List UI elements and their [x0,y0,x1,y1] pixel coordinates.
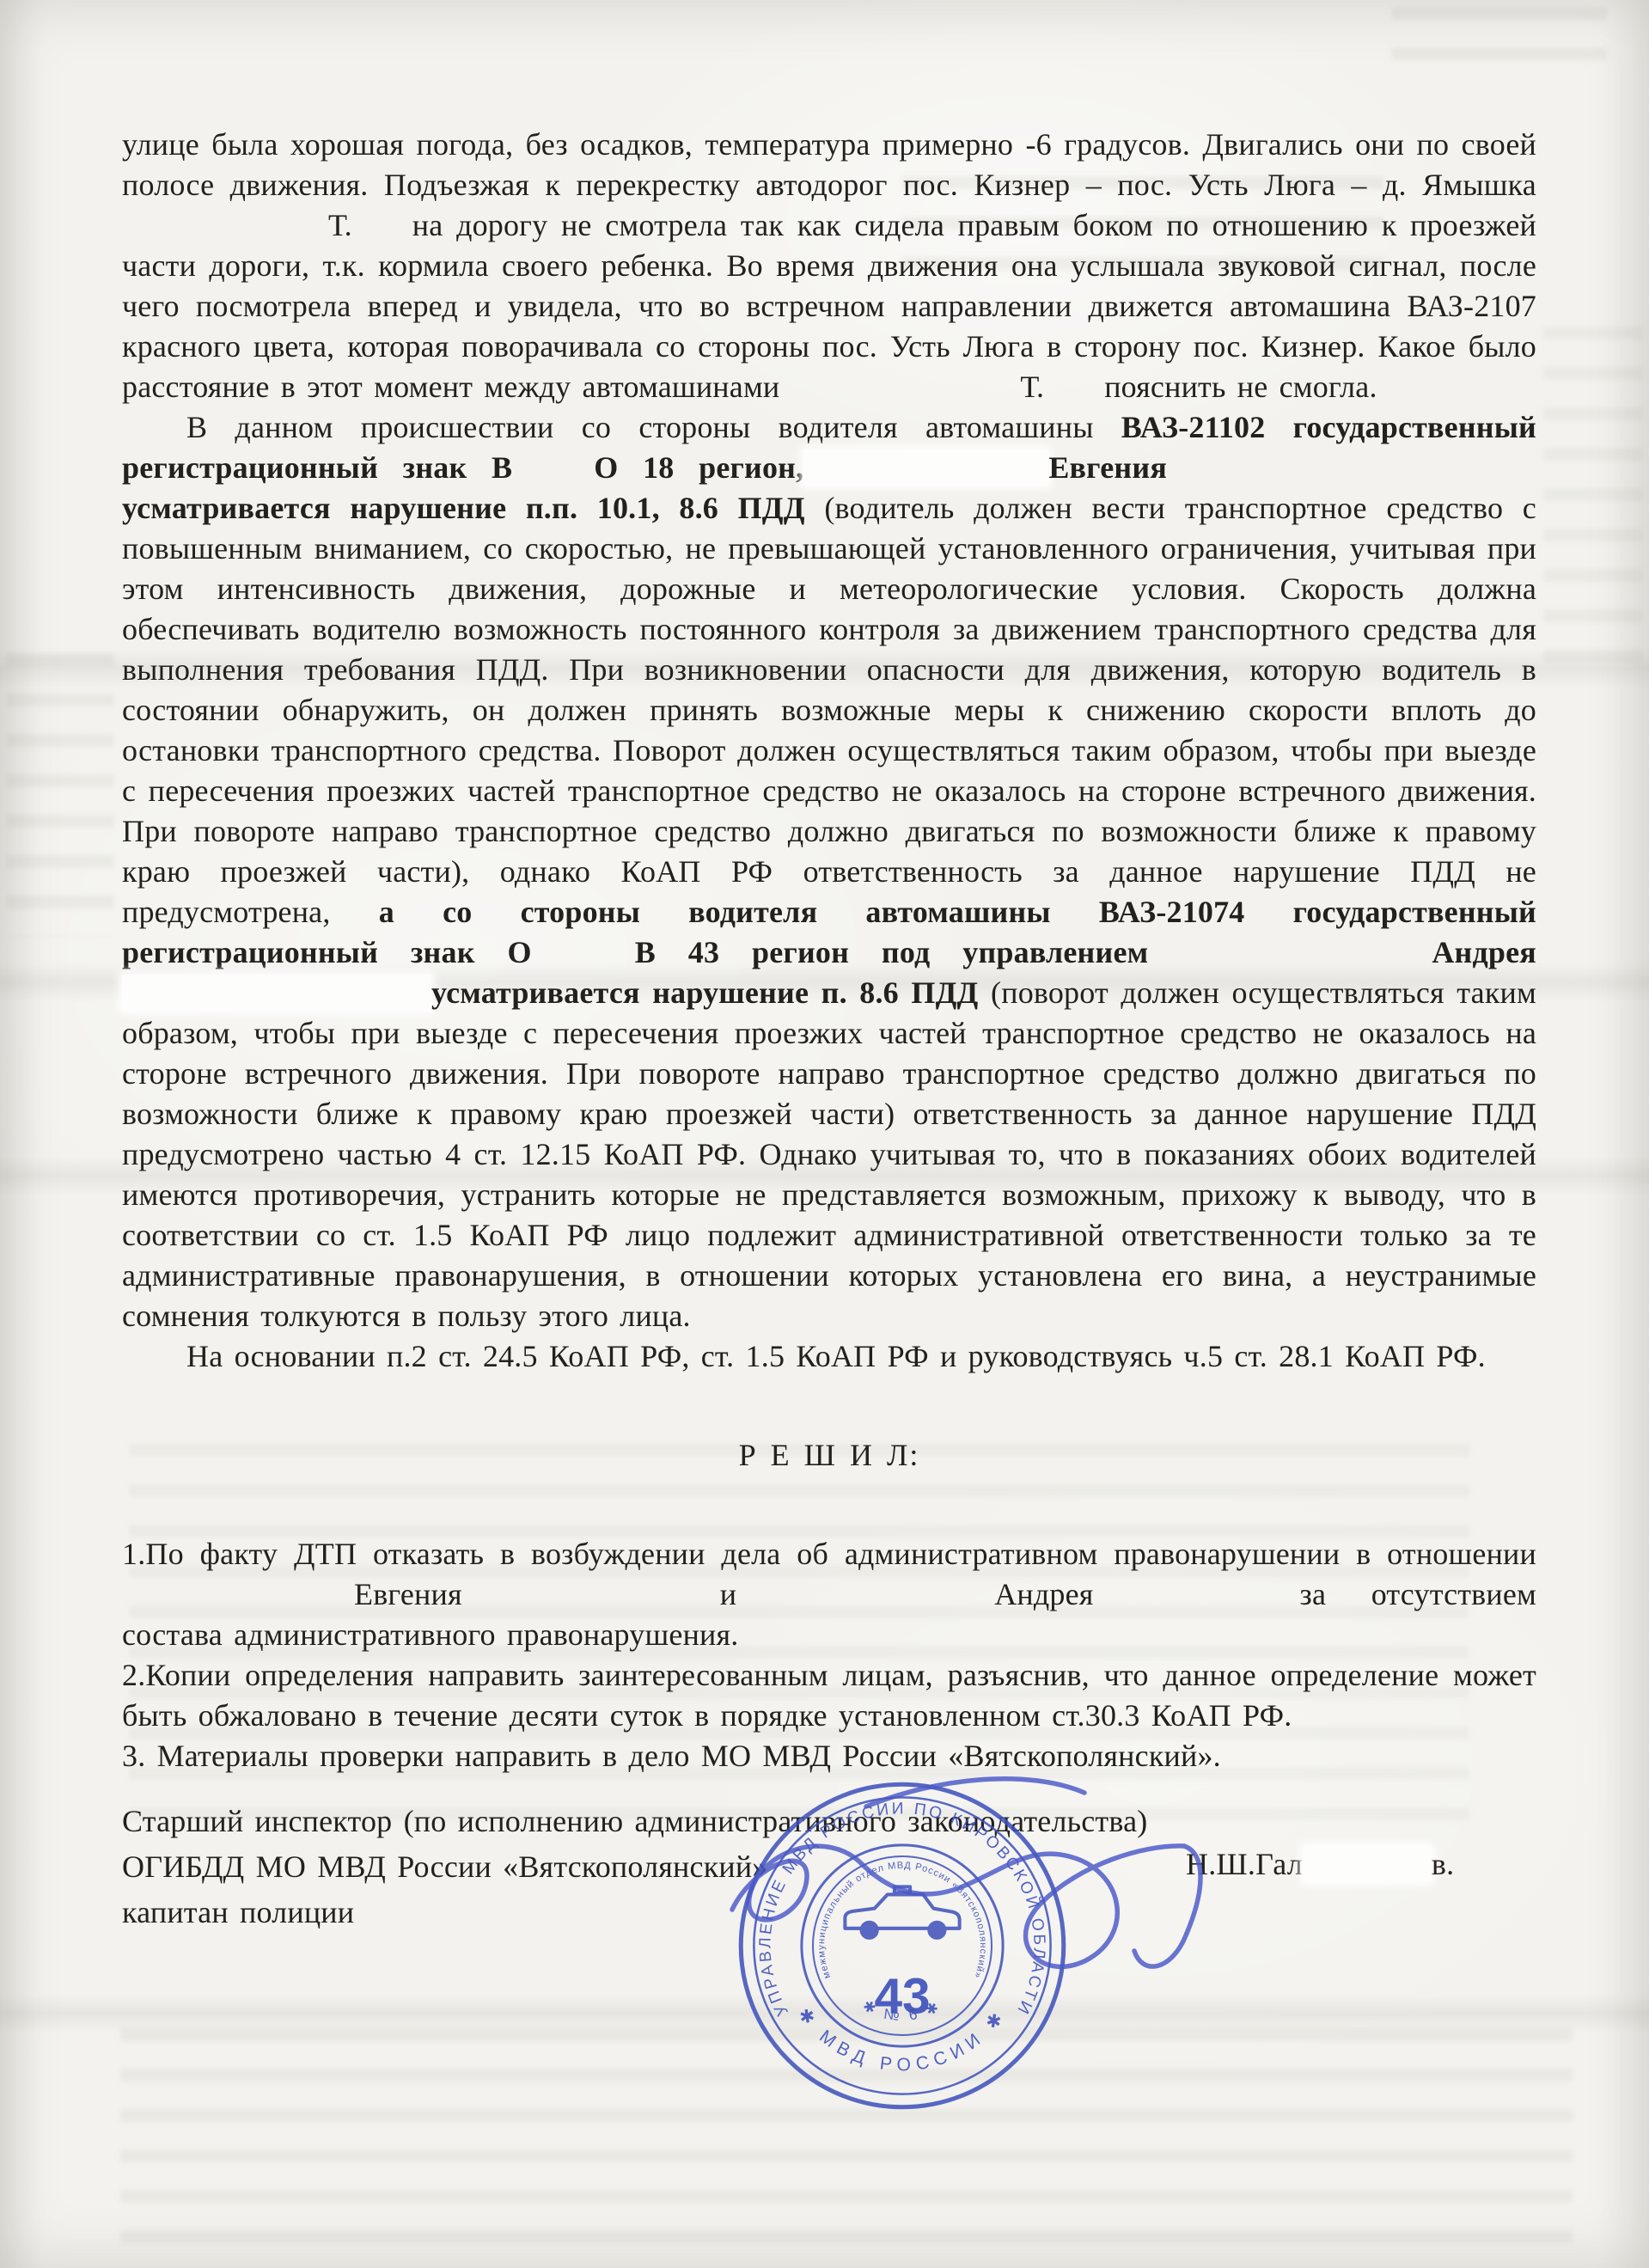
bleedthrough-ghost-text [1543,327,1642,688]
blank-space [1148,961,1432,963]
blank-space [122,234,328,235]
blank-space [352,234,412,235]
document-text-block: улице была хорошая погода, без осадков, … [122,125,1536,1935]
bold-text-segment: Евгения [1048,450,1167,485]
bold-text-segment: Андрея [1432,935,1536,969]
signer-name-tail: в. [1432,1847,1454,1881]
blank-space [122,1603,354,1605]
text-segment: за отсутствием состава административного… [122,1577,1536,1652]
text-segment: Т. [1020,370,1044,404]
resolution-heading: Р Е Ш И Л: [122,1435,1536,1476]
narrative-paragraph: улице была хорошая погода, без осадков, … [122,125,1536,407]
text-segment: Евгения [354,1577,462,1611]
signer-name: Н.Ш.Галв. [1186,1842,1454,1887]
text-segment: 2.Копии определения направить заинтересо… [122,1658,1536,1733]
police-car-icon [845,1886,959,1940]
blank-space [736,1603,994,1605]
stamp-center-number: 43 [874,1969,930,2025]
text-segment: улице была хорошая погода, без осадков, … [122,127,1536,202]
blank-space [1044,395,1104,397]
text-segment: (поворот должен осуществляться таким обр… [122,975,1536,1333]
document-paragraphs: улице была хорошая погода, без осадков, … [122,125,1536,1776]
bold-text-segment: О 18 регион, [594,450,803,485]
bold-text-segment: усматривается нарушение п.п. 10.1, 8.6 П… [122,491,805,525]
stamp-outer-inner-ring [754,1797,1050,2094]
redaction-box [122,975,431,1011]
blank-space [462,1603,720,1605]
blank-space [532,961,635,963]
text-segment: 1.По факту ДТП отказать в возбуждении де… [122,1537,1536,1571]
text-segment: и [720,1577,736,1611]
bold-text-segment: В 43 регион под управлением [635,935,1149,969]
text-segment: Андрея [994,1577,1093,1611]
blank-space [1094,1603,1300,1605]
police-stamp: УПРАВЛЕНИЕ МВД РОССИИ ПО КИРОВСКОЙ ОБЛАС… [720,1764,1084,2128]
text-segment: Т. [328,208,352,242]
signer-name-text: Н.Ш.Гал [1186,1847,1303,1881]
legal-basis-paragraph: На основании п.2 ст. 24.5 КоАП РФ, ст. 1… [122,1336,1536,1377]
scanned-document-page: { "page": { "kind": "Scanned page of a R… [0,0,1649,2268]
text-segment: (водитель должен вести транспортное сред… [122,491,1536,929]
bold-text-segment: усматривается нарушение п. 8.6 ПДД [431,975,979,1010]
bleedthrough-ghost-text [1392,7,1607,67]
blank-space [1167,476,1536,478]
text-segment: пояснить не смогла. [1104,370,1377,404]
resolution-item-2: 2.Копии определения направить заинтересо… [122,1655,1536,1736]
findings-paragraph: В данном происшествии со стороны водител… [122,407,1536,1336]
redaction-box [1303,1846,1432,1882]
bleedthrough-ghost-text [7,653,114,937]
blank-space [779,395,1020,397]
blank-space [512,476,594,478]
redaction-box [803,449,1048,486]
text-segment: На основании п.2 ст. 24.5 КоАП РФ, ст. 1… [186,1339,1486,1373]
text-segment: Р Е Ш И Л: [739,1438,920,1472]
text-segment: В данном происшествии со стороны водител… [186,410,1121,444]
resolution-item-1: 1.По факту ДТП отказать в возбуждении де… [122,1534,1536,1655]
